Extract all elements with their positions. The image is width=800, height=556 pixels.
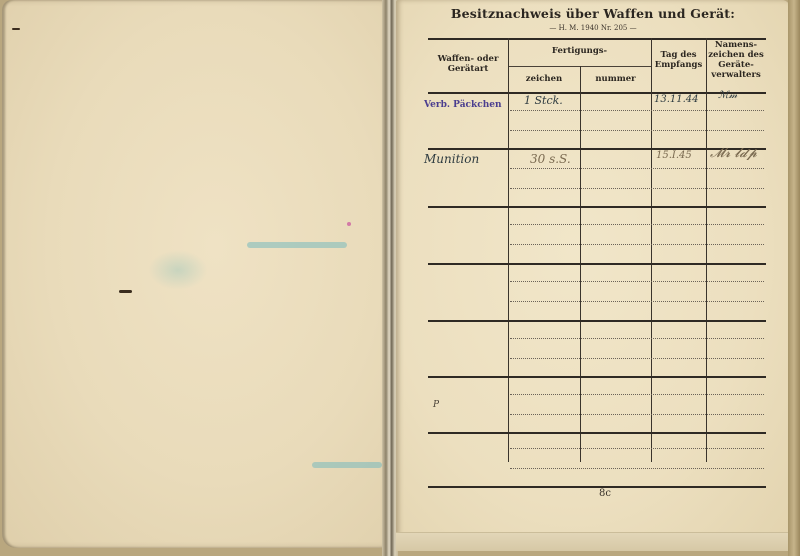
header-item-type: Waffen- oder Gerätart [428,54,508,74]
margin-mark: P [433,400,439,410]
equipment-ledger-table: Waffen- oder Gerätart Fertigungs- zeiche… [428,38,766,486]
header-bottom-rule [428,92,766,94]
page-bottom-edge [396,532,788,551]
cover-edge [788,0,800,556]
column-divider [508,38,509,462]
writing-line [510,468,764,469]
writing-line [510,130,764,131]
writing-line [510,224,764,225]
header-zeichen: zeichen [508,74,580,84]
writing-line [510,244,764,245]
writing-line [510,188,764,189]
column-divider [651,38,652,462]
header-fertigung-group: Fertigungs- [508,46,651,56]
ink-stain [148,250,208,290]
row2-item: Munition [424,152,479,166]
row-rule [428,263,766,265]
ink-mark [119,290,132,293]
column-divider [706,38,707,462]
row1-date: 13.11.44 [654,94,699,105]
ink-spot [347,222,351,226]
form-title: Besitznachweis über Waffen und Gerät: [396,6,790,21]
form-subtitle: — H. M. 1940 Nr. 205 — [396,24,790,32]
writing-line [510,394,764,395]
row-rule [428,206,766,208]
open-booklet: Besitznachweis über Waffen und Gerät: — … [0,0,800,556]
row-rule [428,376,766,378]
header-nummer: nummer [580,74,651,84]
row1-signature: ℳ𝓂 [718,90,737,101]
page-number: 8c [590,488,620,499]
header-date-received: Tag des Empfangs [651,50,706,70]
writing-line [510,281,764,282]
writing-line [510,338,764,339]
ink-stain [312,462,382,468]
writing-line [510,110,764,111]
header-signature: Namens- zeichen des Geräte- verwalters [706,40,766,80]
writing-line [510,414,764,415]
row2-signature: 𝓜𝓻 𝓵𝓭𝓹 [710,146,757,161]
row2-date: 15.I.45 [656,150,692,161]
row1-item-stamp: Verb. Päckchen [424,100,502,110]
row-rule [428,320,766,322]
writing-line [510,301,764,302]
writing-line [510,358,764,359]
row2-zeichen: 30 s.S. [530,152,571,166]
row-rule [428,432,766,434]
writing-line [510,168,764,169]
row1-zeichen: 1 Stck. [524,94,563,107]
writing-line [510,448,764,449]
left-page [2,0,390,548]
ink-stain [247,242,347,248]
ink-mark [12,28,20,30]
